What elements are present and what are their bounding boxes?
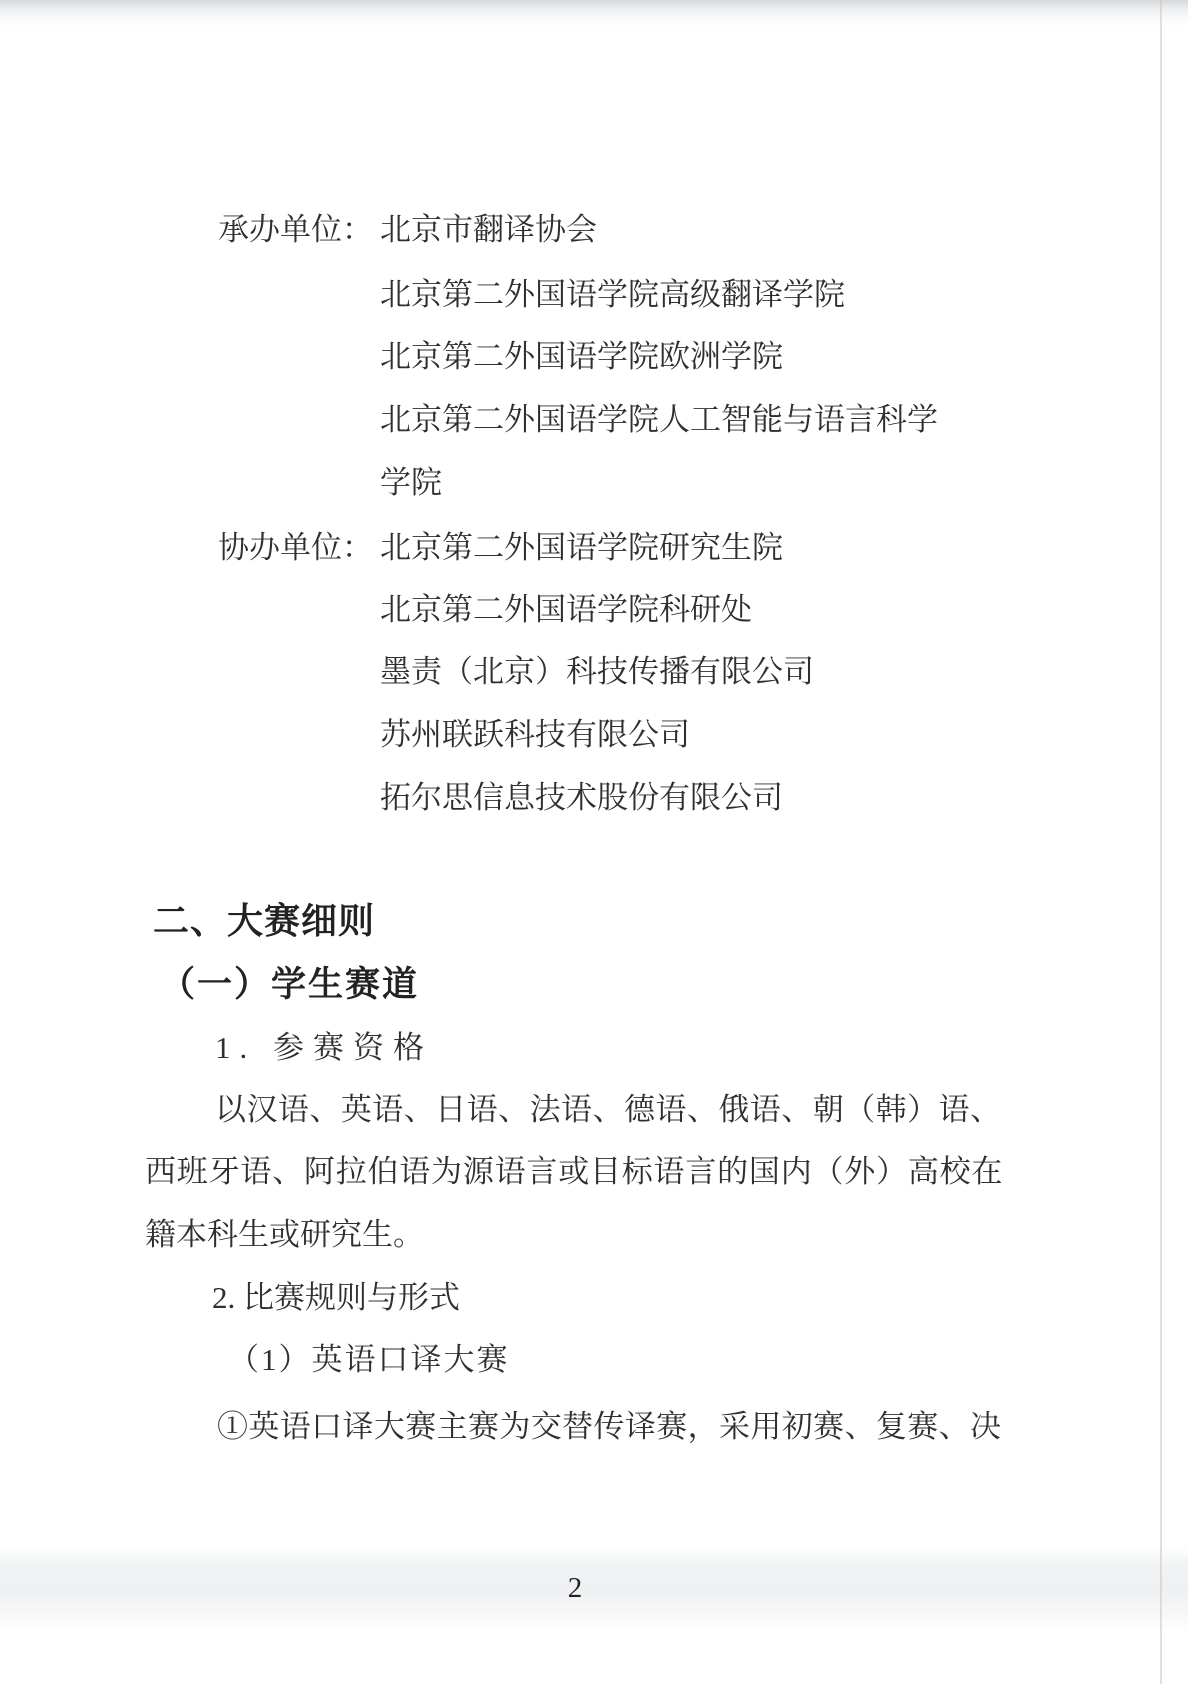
co-organizer-item: 北京第二外国语学院科研处 (380, 588, 752, 632)
co-organizer-label: 协办单位： (218, 526, 373, 570)
section-heading: 二、大赛细则 (153, 897, 375, 945)
co-organizer-item: 拓尔思信息技术股份有限公司 (380, 776, 783, 820)
subsection-heading: （一）学生赛道 (160, 961, 419, 1009)
host-organizer-item: 学院 (380, 461, 442, 505)
page-number: 2 (520, 1570, 630, 1606)
rule1-paragraph-line: 以汉语、英语、日语、法语、德语、俄语、朝（韩）语、 (215, 1088, 1001, 1132)
co-organizer-item: 苏州联跃科技有限公司 (380, 713, 690, 757)
rule1-title: 1. 参赛资格 (215, 1026, 433, 1070)
rule2-title: 2. 比赛规则与形式 (212, 1276, 460, 1320)
host-organizer-item: 北京市翻译协会 (380, 208, 597, 252)
scan-noise-band-top (0, 0, 1188, 28)
co-organizer-item: 北京第二外国语学院研究生院 (380, 526, 783, 570)
co-organizer-item: 墨责（北京）科技传播有限公司 (380, 650, 814, 694)
scanned-document-page: 承办单位： 北京市翻译协会 北京第二外国语学院高级翻译学院 北京第二外国语学院欧… (0, 0, 1188, 1684)
scan-artifact-vertical-line (1160, 0, 1162, 1684)
host-organizer-item: 北京第二外国语学院人工智能与语言科学 (380, 398, 938, 442)
host-organizer-item: 北京第二外国语学院欧洲学院 (380, 335, 783, 379)
rule1-paragraph-line: 籍本科生或研究生。 (145, 1213, 424, 1257)
host-organizer-item: 北京第二外国语学院高级翻译学院 (380, 273, 845, 317)
host-organizer-label: 承办单位： (218, 208, 373, 252)
rule1-paragraph-line: 西班牙语、阿拉伯语为源语言或目标语言的国内（外）高校在 (145, 1150, 1002, 1194)
rule2-subtitle: （1）英语口译大赛 (228, 1338, 510, 1382)
rule2-paragraph-line: ①英语口译大赛主赛为交替传译赛，采用初赛、复赛、决 (217, 1405, 1001, 1449)
